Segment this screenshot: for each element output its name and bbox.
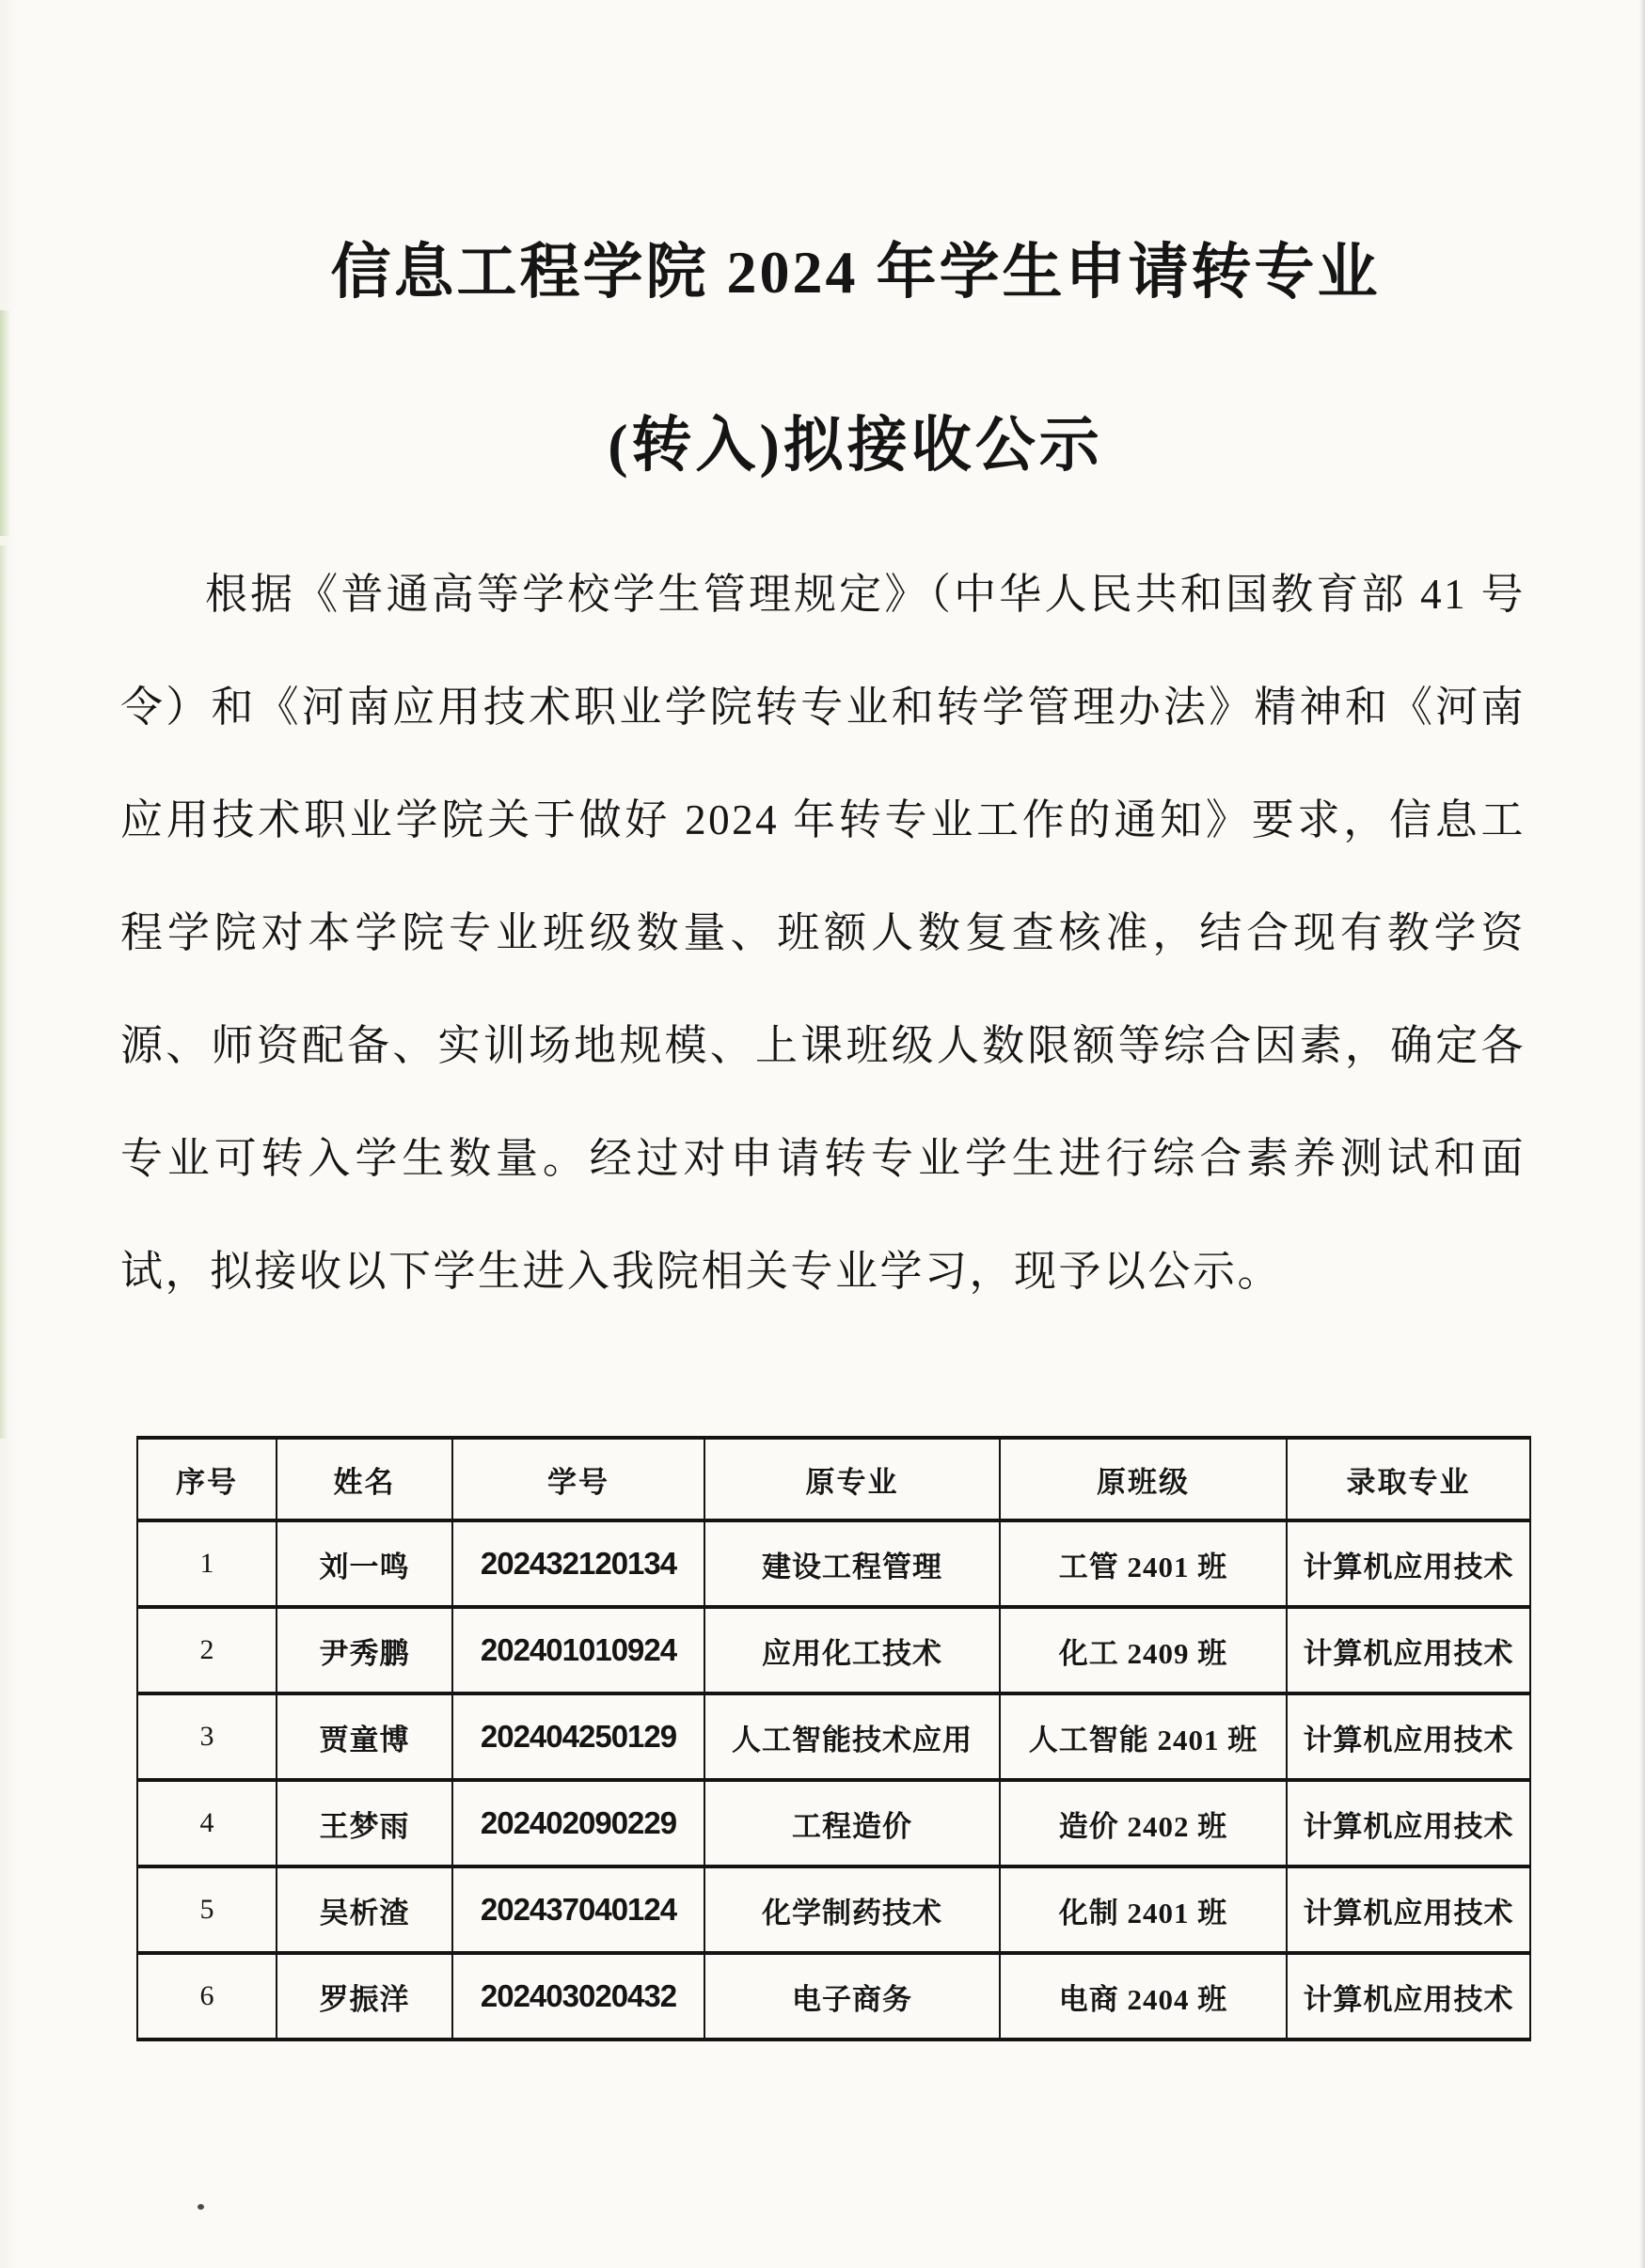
scan-artifact-green-strip <box>0 545 8 1439</box>
cell-seq: 6 <box>137 1953 277 2040</box>
cell-name: 刘一鸣 <box>277 1520 452 1607</box>
cell-seq: 2 <box>137 1607 277 1693</box>
cell-name: 贾童博 <box>277 1693 452 1780</box>
cell-original-major: 人工智能技术应用 <box>704 1693 1000 1780</box>
table-header-cell: 序号 <box>137 1438 277 1520</box>
document-title-line-1: 信息工程学院 2024 年学生申请转专业 <box>0 224 1645 310</box>
cell-seq: 1 <box>137 1520 277 1607</box>
table-header-cell: 原班级 <box>1000 1438 1287 1520</box>
cell-original-class: 人工智能 2401 班 <box>1000 1693 1287 1780</box>
cell-original-major: 建设工程管理 <box>704 1520 1000 1607</box>
cell-student-id: 202402090229 <box>452 1780 704 1866</box>
cell-original-major: 工程造价 <box>704 1780 1000 1866</box>
document-title-line-2: (转入)拟接收公示 <box>0 397 1645 483</box>
cell-student-id: 202403020432 <box>452 1953 704 2040</box>
body-paragraph: 根据《普通高等学校学生管理规定》（中华人民共和国教育部 41 号令）和《河南应用… <box>120 538 1526 1328</box>
table-header-cell: 学号 <box>452 1438 704 1520</box>
table-row: 2尹秀鹏202401010924应用化工技术化工 2409 班计算机应用技术 <box>137 1607 1530 1693</box>
cell-admitted-major: 计算机应用技术 <box>1287 1520 1530 1607</box>
cell-student-id: 202401010924 <box>452 1607 704 1693</box>
table-row: 4王梦雨202402090229工程造价造价 2402 班计算机应用技术 <box>137 1780 1530 1866</box>
table-header-cell: 录取专业 <box>1287 1438 1530 1520</box>
cell-admitted-major: 计算机应用技术 <box>1287 1953 1530 2040</box>
cell-original-class: 造价 2402 班 <box>1000 1780 1287 1866</box>
table-header-row: 序号姓名学号原专业原班级录取专业 <box>137 1438 1530 1520</box>
cell-name: 王梦雨 <box>277 1780 452 1866</box>
cell-original-major: 化学制药技术 <box>704 1866 1000 1953</box>
table-header-cell: 姓名 <box>277 1438 452 1520</box>
cell-name: 吴析渣 <box>277 1866 452 1953</box>
students-table: 序号姓名学号原专业原班级录取专业 1刘一鸣202432120134建设工程管理工… <box>136 1436 1531 2041</box>
cell-original-class: 化制 2401 班 <box>1000 1866 1287 1953</box>
cell-original-class: 电商 2404 班 <box>1000 1953 1287 2040</box>
scan-artifact-right-edge <box>1639 0 1645 2268</box>
table-row: 1刘一鸣202432120134建设工程管理工管 2401 班计算机应用技术 <box>137 1520 1530 1607</box>
cell-admitted-major: 计算机应用技术 <box>1287 1780 1530 1866</box>
cell-student-id: 202432120134 <box>452 1520 704 1607</box>
cell-admitted-major: 计算机应用技术 <box>1287 1693 1530 1780</box>
cell-student-id: 202404250129 <box>452 1693 704 1780</box>
cell-original-major: 应用化工技术 <box>704 1607 1000 1693</box>
table-body: 1刘一鸣202432120134建设工程管理工管 2401 班计算机应用技术2尹… <box>137 1520 1530 2040</box>
cell-seq: 5 <box>137 1866 277 1953</box>
cell-admitted-major: 计算机应用技术 <box>1287 1607 1530 1693</box>
cell-student-id: 202437040124 <box>452 1866 704 1953</box>
cell-name: 罗振洋 <box>277 1953 452 2040</box>
table-header-cell: 原专业 <box>704 1438 1000 1520</box>
cell-admitted-major: 计算机应用技术 <box>1287 1866 1530 1953</box>
scanned-document-page: 信息工程学院 2024 年学生申请转专业 (转入)拟接收公示 根据《普通高等学校… <box>0 0 1645 2268</box>
table-row: 5吴析渣202437040124化学制药技术化制 2401 班计算机应用技术 <box>137 1866 1530 1953</box>
cell-seq: 4 <box>137 1780 277 1866</box>
cell-original-class: 化工 2409 班 <box>1000 1607 1287 1693</box>
table-row: 3贾童博202404250129人工智能技术应用人工智能 2401 班计算机应用… <box>137 1693 1530 1780</box>
table-row: 6罗振洋202403020432电子商务电商 2404 班计算机应用技术 <box>137 1953 1530 2040</box>
cell-original-class: 工管 2401 班 <box>1000 1520 1287 1607</box>
cell-name: 尹秀鹏 <box>277 1607 452 1693</box>
cell-original-major: 电子商务 <box>704 1953 1000 2040</box>
scan-artifact-speck <box>198 2204 204 2210</box>
cell-seq: 3 <box>137 1693 277 1780</box>
